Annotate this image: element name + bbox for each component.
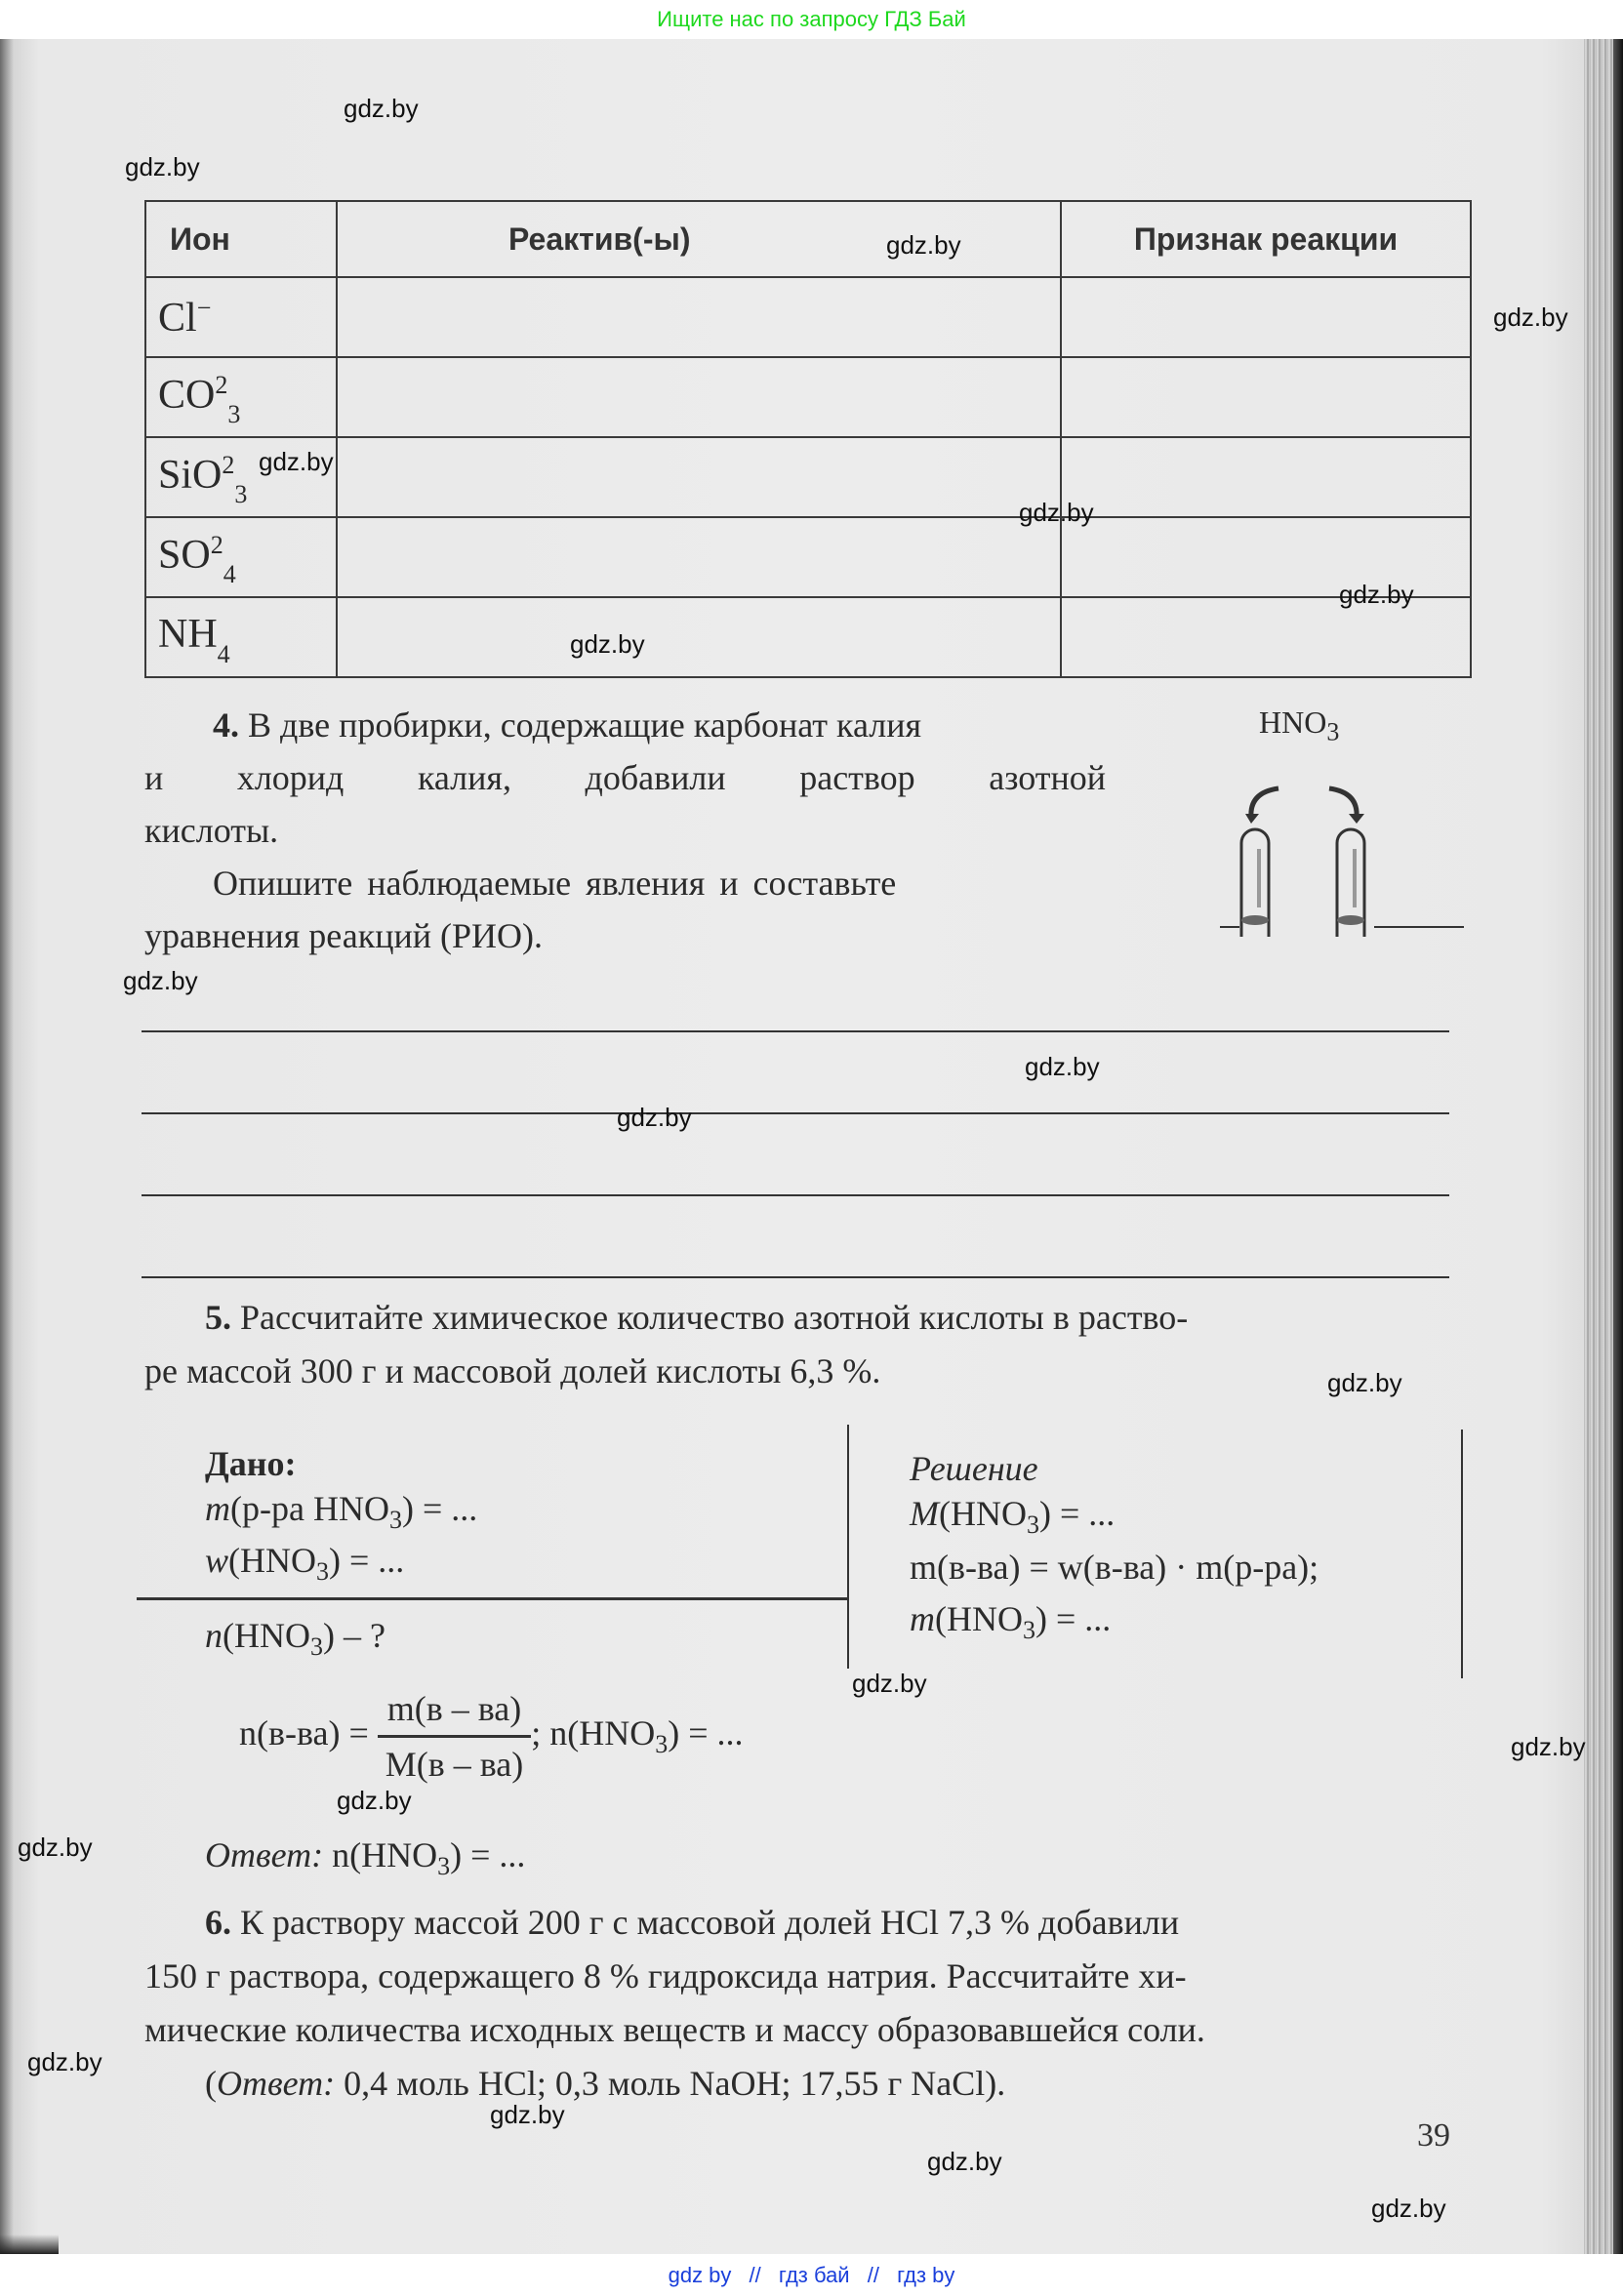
given-solution-divider [847,1425,849,1669]
sign-cell[interactable] [1061,277,1471,357]
watermark: gdz.by [1019,498,1094,528]
page-corner-shadow [0,2235,59,2254]
top-banner: Ищите нас по запросу ГДЗ Бай [0,0,1623,39]
watermark: gdz.by [1025,1052,1100,1082]
reagent-cell[interactable] [337,277,1061,357]
task4-line2: и хлорид калия, добавили раствор азотной [144,753,1106,802]
footer-links: gdz by // гдз бай // гдз by [0,2254,1623,2296]
watermark: gdz.by [490,2100,565,2130]
answer-line[interactable] [142,1194,1449,1196]
footer-link-gdz-bai[interactable]: гдз бай [779,2263,850,2287]
answer-line[interactable] [142,1030,1449,1032]
given-divider [137,1597,847,1600]
watermark: gdz.by [337,1786,412,1816]
table-row: CO23 [145,357,1471,437]
footer-separator: // [750,2263,761,2287]
header-reaction-sign: Признак реакции [1061,201,1471,277]
task6-line3: мические количества исходных веществ и м… [144,2005,1205,2054]
watermark: gdz.by [259,447,334,477]
ion-reaction-table: Ион Реактив(-ы) Признак реакции Cl− CO23… [144,200,1472,678]
footer-link-gdz-by[interactable]: gdz by [669,2263,732,2287]
watermark: gdz.by [18,1833,93,1863]
watermark: gdz.by [886,230,961,261]
solution-molar-mass: M(HNO3) = ... [910,1493,1115,1540]
solution-title: Решение [910,1444,1038,1493]
watermark: gdz.by [617,1103,692,1133]
solution-right-border [1461,1430,1463,1678]
answer-line[interactable] [142,1112,1449,1114]
ion-cell: Cl− [145,277,337,357]
figure-label-hno3: HNO3 [1259,705,1339,746]
table-row: Cl− [145,277,1471,357]
given-find-amount: n(HNO3) – ? [205,1615,385,1662]
task6-answer: (Ответ: 0,4 моль HCl; 0,3 моль NaOH; 17,… [205,2059,1005,2108]
table-row: SiO23 [145,437,1471,517]
table-header-row: Ион Реактив(-ы) Признак реакции [145,201,1471,277]
given-title: Дано: [205,1439,297,1488]
page-edge-right [1584,39,1623,2254]
watermark: gdz.by [1371,2194,1446,2224]
test-tubes-figure [1220,742,1513,937]
footer-separator: // [868,2263,879,2287]
task4-line5: уравнения реакций (РИО). [144,911,543,960]
header-ion: Ион [145,201,337,277]
task4-line3: кислоты. [144,806,278,855]
given-mass-solution: m(р-ра HNO3) = ... [205,1488,477,1535]
table-row: SO24 [145,517,1471,597]
ion-cell: SO24 [145,517,337,597]
answer-line[interactable] [142,1276,1449,1278]
fraction: m(в – ва) M(в – ва) [378,1688,532,1785]
task4-line4: Опишите наблюдаемые явления и составьте [213,859,896,907]
watermark: gdz.by [125,152,200,182]
ion-cell: NH4 [145,597,337,677]
task5-line2: ре массой 300 г и массовой долей кислоты… [144,1347,880,1395]
amount-formula: n(в-ва) = m(в – ва) M(в – ва) ; n(HNO3) … [239,1688,744,1785]
page-number: 39 [1417,2117,1450,2155]
reagent-cell[interactable] [337,597,1061,677]
ion-cell: CO23 [145,357,337,437]
watermark: gdz.by [1493,302,1568,333]
reagent-cell[interactable] [337,517,1061,597]
table-row: NH4 [145,597,1471,677]
solution-mass-hno3: m(HNO3) = ... [910,1598,1111,1645]
sign-cell[interactable] [1061,437,1471,517]
task5-answer: Ответ: n(HNO3) = ... [205,1834,525,1881]
watermark: gdz.by [344,94,419,124]
footer-link-gdz-by-cyr[interactable]: гдз by [897,2263,954,2287]
watermark: gdz.by [27,2047,102,2077]
task6-line1: 6. К раствору массой 200 г с массовой до… [205,1898,1179,1947]
watermark: gdz.by [123,966,198,996]
sign-cell[interactable] [1061,357,1471,437]
solution-mass-formula: m(в-ва) = w(в-ва) · m(р-ра); [910,1547,1319,1588]
reagent-cell[interactable] [337,357,1061,437]
given-mass-fraction: w(HNO3) = ... [205,1540,404,1587]
watermark: gdz.by [927,2147,1002,2177]
watermark: gdz.by [1327,1368,1402,1398]
task5-line1: 5. Рассчитайте химическое количество азо… [205,1293,1188,1342]
reagent-cell[interactable] [337,437,1061,517]
task4-line1: 4. В две пробирки, содержащие карбонат к… [213,701,921,749]
watermark: gdz.by [570,629,645,660]
watermark: gdz.by [852,1669,927,1699]
task6-line2: 150 г раствора, содержащего 8 % гидрокси… [144,1952,1187,2000]
watermark: gdz.by [1511,1732,1586,1762]
watermark: gdz.by [1339,580,1414,610]
